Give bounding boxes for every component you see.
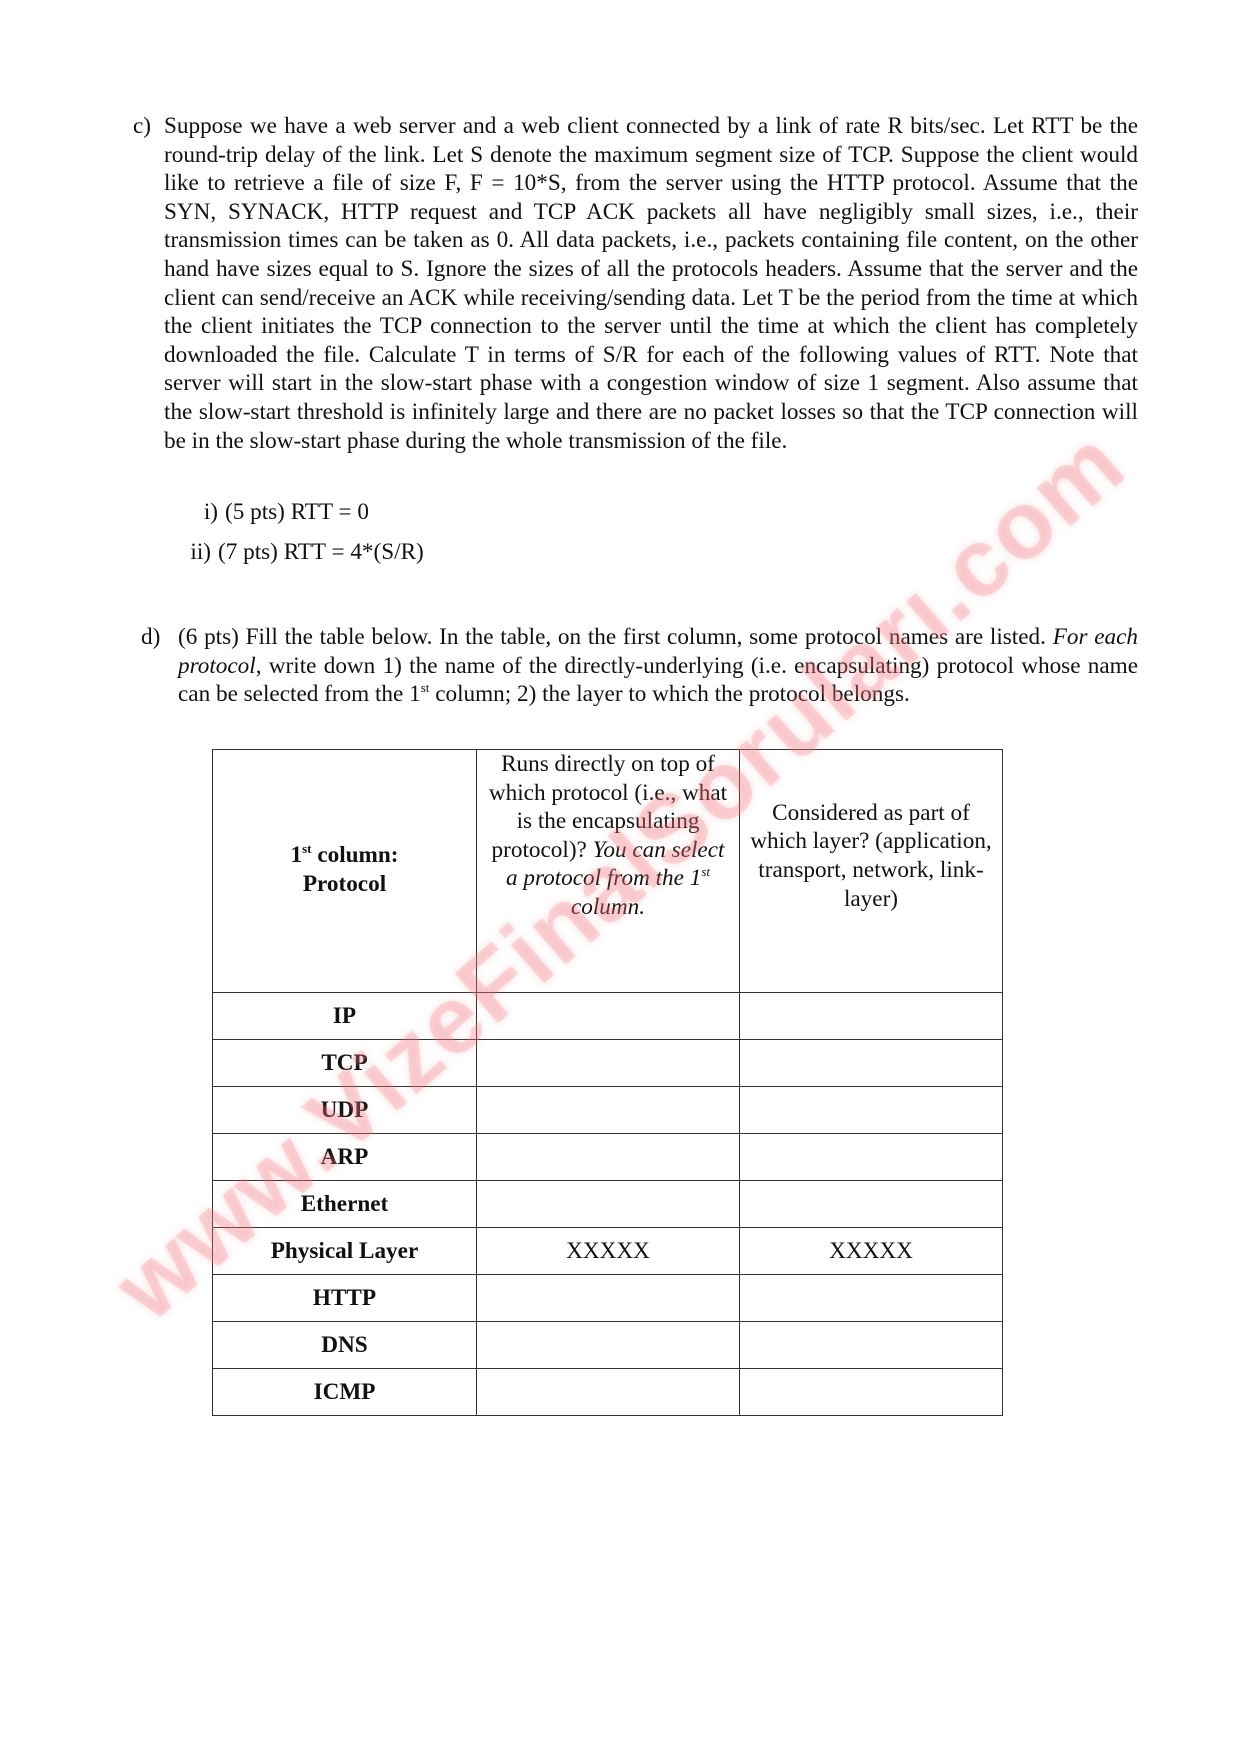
protocol-name-cell: DNS — [213, 1322, 477, 1369]
layer-cell[interactable]: XXXXX — [740, 1228, 1003, 1275]
subpart-ii-number: ii) — [183, 538, 211, 566]
header-protocol: 1st column: Protocol — [213, 750, 477, 993]
table-row: TCP — [213, 1040, 1003, 1087]
encapsulating-protocol-cell[interactable] — [477, 1087, 740, 1134]
layer-cell[interactable] — [740, 1134, 1003, 1181]
table-row: ARP — [213, 1134, 1003, 1181]
question-d-label: d) — [141, 623, 160, 652]
question-c-label: c) — [133, 112, 151, 141]
header-protocol-line2: Protocol — [303, 871, 386, 897]
layer-cell[interactable] — [740, 1369, 1003, 1416]
table-body: IP TCP UDP ARP Ethernet Physical Layer X… — [213, 993, 1003, 1416]
table-row: UDP — [213, 1087, 1003, 1134]
header-protocol-line1: column: — [312, 842, 399, 868]
subpart-i: i)(5 pts) RTT = 0 — [190, 498, 369, 526]
question-d-part2: column; 2) the layer to which the protoc… — [429, 681, 909, 707]
question-c-text: Suppose we have a web server and a web c… — [164, 112, 1138, 455]
subpart-i-number: i) — [190, 498, 218, 526]
encapsulating-protocol-cell[interactable] — [477, 1181, 740, 1228]
header-encapsulating-note-b: column. — [571, 894, 645, 920]
protocol-name-cell: Physical Layer — [213, 1228, 477, 1275]
header-encapsulating: Runs directly on top of which protocol (… — [477, 750, 740, 993]
header-layer: Considered as part of which layer? (appl… — [740, 750, 1003, 993]
protocol-name-cell: IP — [213, 993, 477, 1040]
layer-cell[interactable] — [740, 1040, 1003, 1087]
question-d-text: (6 pts) Fill the table below. In the tab… — [178, 623, 1138, 709]
layer-cell[interactable] — [740, 1181, 1003, 1228]
table-row: Physical Layer XXXXX XXXXX — [213, 1228, 1003, 1275]
table-row: ICMP — [213, 1369, 1003, 1416]
protocol-name-cell: ICMP — [213, 1369, 477, 1416]
header-protocol-num: 1 — [291, 842, 303, 868]
encapsulating-protocol-cell[interactable] — [477, 1275, 740, 1322]
question-c: c) Suppose we have a web server and a we… — [133, 112, 1138, 455]
table-row: Ethernet — [213, 1181, 1003, 1228]
protocol-name-cell: TCP — [213, 1040, 477, 1087]
layer-cell[interactable] — [740, 1087, 1003, 1134]
layer-cell[interactable] — [740, 1322, 1003, 1369]
table-header-row: 1st column: Protocol Runs directly on to… — [213, 750, 1003, 993]
header-protocol-sup: st — [302, 841, 311, 856]
encapsulating-protocol-cell[interactable] — [477, 993, 740, 1040]
encapsulating-protocol-cell[interactable] — [477, 1322, 740, 1369]
subpart-ii: ii)(7 pts) RTT = 4*(S/R) — [183, 538, 424, 566]
question-d-intro: (6 pts) Fill the table below. In the tab… — [178, 624, 1046, 650]
protocol-name-cell: ARP — [213, 1134, 477, 1181]
protocol-name-cell: UDP — [213, 1087, 477, 1134]
encapsulating-protocol-cell[interactable]: XXXXX — [477, 1228, 740, 1275]
encapsulating-protocol-cell[interactable] — [477, 1369, 740, 1416]
subpart-ii-text: (7 pts) RTT = 4*(S/R) — [218, 539, 424, 565]
table-row: DNS — [213, 1322, 1003, 1369]
table-row: HTTP — [213, 1275, 1003, 1322]
encapsulating-protocol-cell[interactable] — [477, 1040, 740, 1087]
table-row: IP — [213, 993, 1003, 1040]
question-d: d) (6 pts) Fill the table below. In the … — [141, 623, 1138, 709]
protocol-name-cell: Ethernet — [213, 1181, 477, 1228]
header-encapsulating-note-sup: st — [701, 864, 710, 879]
protocol-name-cell: HTTP — [213, 1275, 477, 1322]
subpart-i-text: (5 pts) RTT = 0 — [225, 499, 369, 525]
encapsulating-protocol-cell[interactable] — [477, 1134, 740, 1181]
protocol-table: 1st column: Protocol Runs directly on to… — [212, 749, 1003, 1416]
layer-cell[interactable] — [740, 993, 1003, 1040]
exam-page: www.VizeFinalSoruları.com c) Suppose we … — [0, 0, 1240, 1754]
layer-cell[interactable] — [740, 1275, 1003, 1322]
